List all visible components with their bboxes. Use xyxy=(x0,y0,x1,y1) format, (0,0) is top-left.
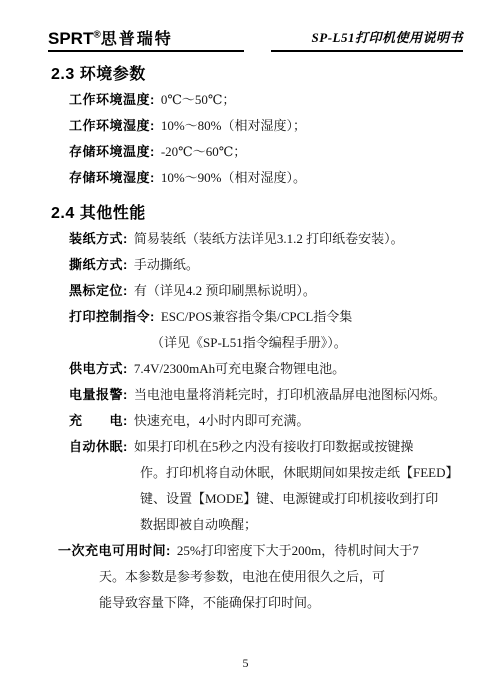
spec-item-paper-tearing: 撕纸方式:手动撕纸。 xyxy=(69,252,463,278)
spec-item-storage-humidity: 存储环境湿度:10%～90%（相对湿度）。 xyxy=(69,165,463,191)
spec-label: 工作环境湿度: xyxy=(69,118,155,133)
spec-label: 存储环境温度: xyxy=(69,144,155,159)
spec-value: 快速充电，4小时内即可充满。 xyxy=(134,413,310,428)
spec-label: 工作环境温度: xyxy=(69,92,155,107)
spec-item-storage-temp: 存储环境温度:-20℃～60℃； xyxy=(69,139,463,165)
spec-label: 存储环境湿度: xyxy=(69,170,155,185)
brand-logo: SPRT®思普瑞特 xyxy=(48,26,244,52)
section-heading-other-performance: 2.4 其他性能 xyxy=(51,200,463,223)
spec-value: ESC/POS兼容指令集/CPCL指令集 xyxy=(161,309,352,324)
spec-value: 25%打印密度下大于200m，待机时间大于7 xyxy=(177,543,419,558)
spec-value-continued: （详见《SP-L51指令编程手册》）。 xyxy=(151,335,347,350)
page-header: SPRT®思普瑞特 SP-L51打印机使用说明书 xyxy=(48,26,463,52)
spec-value: 7.4V/2300mAh可充电聚合物锂电池。 xyxy=(134,361,345,376)
spec-value: 10%～80%（相对湿度）； xyxy=(161,118,306,133)
spec-value: 0℃～50℃； xyxy=(161,92,236,107)
spec-label: 供电方式: xyxy=(69,361,128,376)
spec-value: 10%～90%（相对湿度）。 xyxy=(161,170,306,185)
spec-label: 黑标定位: xyxy=(69,283,128,298)
spec-label: 一次充电可用时间: xyxy=(58,543,171,558)
registered-trademark-symbol: ® xyxy=(93,29,100,40)
spec-value-continued: 数据即被自动唤醒； xyxy=(140,517,257,532)
spec-item-auto-sleep: 自动休眠:如果打印机在5秒之内没有接收打印数据或按键操 作。打印机将自动休眠，休… xyxy=(69,434,463,538)
logo-text-cn: 思普瑞特 xyxy=(101,31,173,48)
spec-value: 手动撕纸。 xyxy=(134,257,199,272)
spec-item-black-mark: 黑标定位:有（详见4.2 预印刷黑标说明）。 xyxy=(69,278,463,304)
spec-label: 自动休眠: xyxy=(69,439,128,454)
spec-value-continued: 键、设置【MODE】键、电源键或打印机接收到打印 xyxy=(140,491,438,506)
spec-item-working-temp: 工作环境温度:0℃～50℃； xyxy=(69,87,463,113)
spec-item-power-supply: 供电方式:7.4V/2300mAh可充电聚合物锂电池。 xyxy=(69,356,463,382)
spec-item-paper-loading: 装纸方式:简易装纸（装纸方法详见3.1.2 打印纸卷安装）。 xyxy=(69,226,463,252)
spec-item-charging: 充 电:快速充电，4小时内即可充满。 xyxy=(69,408,463,434)
logo-text-en: SPRT xyxy=(48,29,93,48)
document-title: SP-L51打印机使用说明书 xyxy=(271,27,463,52)
spec-value-continued: 天。本参数是参考参数，电池在使用很久之后，可 xyxy=(99,569,385,584)
spec-label: 打印控制指令: xyxy=(69,309,155,324)
spec-value-continued: 能导致容量下降，不能确保打印时间。 xyxy=(99,595,320,610)
spec-value: 有（详见4.2 预印刷黑标说明）。 xyxy=(134,283,316,298)
spec-label: 充 电: xyxy=(69,413,128,428)
spec-value: -20℃～60℃； xyxy=(161,144,246,159)
spec-label: 电量报警: xyxy=(69,387,128,402)
spec-item-battery-alarm: 电量报警:当电池电量将消耗完时，打印机液晶屏电池图标闪烁。 xyxy=(69,382,463,408)
spec-value-continued: 作。打印机将自动休眠，休眠期间如果按走纸【FEED】 xyxy=(140,465,459,480)
section-heading-environment-params: 2.3 环境参数 xyxy=(51,61,463,84)
section-environment-items: 工作环境温度:0℃～50℃； 工作环境湿度:10%～80%（相对湿度）； 存储环… xyxy=(48,87,463,191)
spec-value: 当电池电量将消耗完时，打印机液晶屏电池图标闪烁。 xyxy=(134,387,446,402)
spec-item-usable-time-per-charge: 一次充电可用时间:25%打印密度下大于200m，待机时间大于7 天。本参数是参考… xyxy=(58,538,463,616)
spec-value: 简易装纸（装纸方法详见3.1.2 打印纸卷安装）。 xyxy=(134,231,404,246)
spec-label: 装纸方式: xyxy=(69,231,128,246)
spec-item-working-humidity: 工作环境湿度:10%～80%（相对湿度）； xyxy=(69,113,463,139)
section-other-performance-items: 装纸方式:简易装纸（装纸方法详见3.1.2 打印纸卷安装）。 撕纸方式:手动撕纸… xyxy=(48,226,463,616)
spec-value: 如果打印机在5秒之内没有接收打印数据或按键操 xyxy=(134,439,414,454)
spec-item-print-commands: 打印控制指令:ESC/POS兼容指令集/CPCL指令集 （详见《SP-L51指令… xyxy=(69,304,463,356)
page-number: 5 xyxy=(0,656,491,671)
spec-label: 撕纸方式: xyxy=(69,257,128,272)
document-page: SPRT®思普瑞特 SP-L51打印机使用说明书 2.3 环境参数 工作环境温度… xyxy=(0,0,491,695)
